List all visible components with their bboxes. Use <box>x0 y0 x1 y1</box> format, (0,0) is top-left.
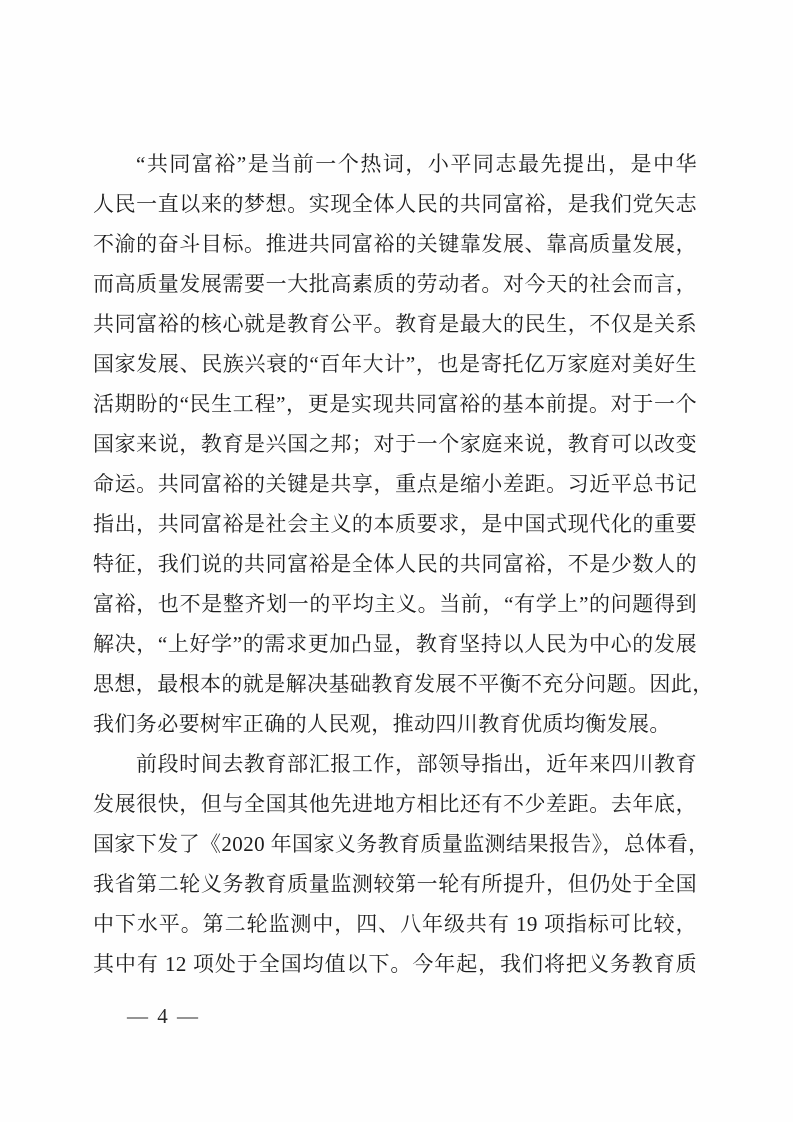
body-line: 指出，共同富裕是社会主义的本质要求，是中国式现代化的重要 <box>93 504 697 544</box>
paragraph-1: “共同富裕”是当前一个热词，小平同志最先提出，是中华 人民一直以来的梦想。实现全… <box>93 144 697 744</box>
body-text: “共同富裕”是当前一个热词，小平同志最先提出，是中华 人民一直以来的梦想。实现全… <box>93 144 697 984</box>
body-line: 命运。共同富裕的关键是共享，重点是缩小差距。习近平总书记 <box>93 464 697 504</box>
body-line: 我省第二轮义务教育质量监测较第一轮有所提升，但仍处于全国 <box>93 864 697 904</box>
body-line: 活期盼的“民生工程”，更是实现共同富裕的基本前提。对于一个 <box>93 384 697 424</box>
page-number: — 4 — <box>127 1002 200 1030</box>
body-line: 富裕，也不是整齐划一的平均主义。当前，“有学上”的问题得到 <box>93 584 697 624</box>
body-line: 共同富裕的核心就是教育公平。教育是最大的民生，不仅是关系 <box>93 304 697 344</box>
body-line: 国家下发了《2020 年国家义务教育质量监测结果报告》，总体看， <box>93 824 697 864</box>
body-line: 人民一直以来的梦想。实现全体人民的共同富裕，是我们党矢志 <box>93 184 697 224</box>
body-line: “共同富裕”是当前一个热词，小平同志最先提出，是中华 <box>93 144 697 184</box>
body-line: 解决，“上好学”的需求更加凸显，教育坚持以人民为中心的发展 <box>93 624 697 664</box>
body-line: 发展很快，但与全国其他先进地方相比还有不少差距。去年底， <box>93 784 697 824</box>
body-line: 国家发展、民族兴衰的“百年大计”，也是寄托亿万家庭对美好生 <box>93 344 697 384</box>
body-line: 前段时间去教育部汇报工作，部领导指出，近年来四川教育 <box>93 744 697 784</box>
body-line: 国家来说，教育是兴国之邦；对于一个家庭来说，教育可以改变 <box>93 424 697 464</box>
body-line: 而高质量发展需要一大批高素质的劳动者。对今天的社会而言， <box>93 264 697 304</box>
body-line: 不渝的奋斗目标。推进共同富裕的关键靠发展、靠高质量发展， <box>93 224 697 264</box>
body-line: 中下水平。第二轮监测中，四、八年级共有 19 项指标可比较， <box>93 904 697 944</box>
body-line: 思想，最根本的就是解决基础教育发展不平衡不充分问题。因此， <box>93 664 697 704</box>
body-line: 特征，我们说的共同富裕是全体人民的共同富裕，不是少数人的 <box>93 544 697 584</box>
document-page: “共同富裕”是当前一个热词，小平同志最先提出，是中华 人民一直以来的梦想。实现全… <box>0 0 793 1122</box>
paragraph-2: 前段时间去教育部汇报工作，部领导指出，近年来四川教育 发展很快，但与全国其他先进… <box>93 744 697 984</box>
body-line: 我们务必要树牢正确的人民观，推动四川教育优质均衡发展。 <box>93 704 697 744</box>
body-line: 其中有 12 项处于全国均值以下。今年起，我们将把义务教育质 <box>93 944 697 984</box>
